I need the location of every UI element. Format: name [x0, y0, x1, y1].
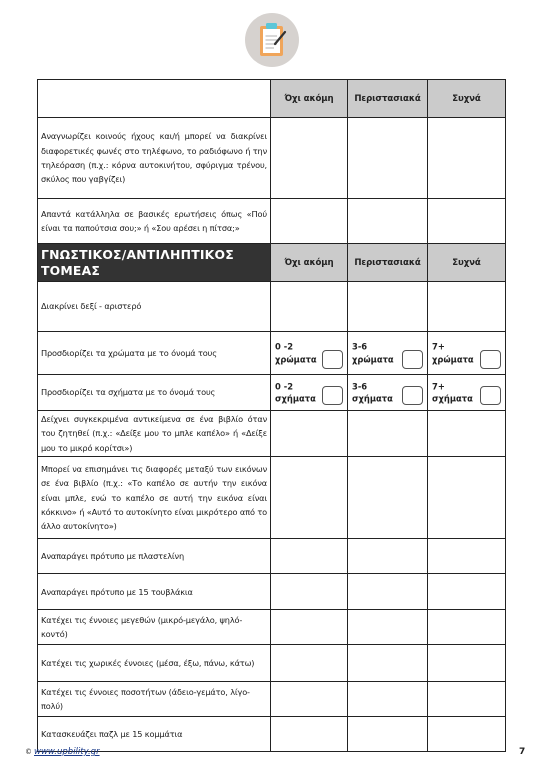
col-header-not-yet: Όχι ακόμη — [271, 244, 348, 282]
col-header-occasionally: Περιστασιακά — [348, 244, 428, 282]
table-row: Μπορεί να επισημάνει τις διαφορές μεταξύ… — [38, 457, 506, 539]
skill-description: Κατέχει τις χωρικές έννοιες (μέσα, έξω, … — [38, 645, 271, 682]
cell-occasionally[interactable] — [348, 118, 428, 199]
cell-occasionally[interactable] — [348, 282, 428, 332]
table-row: Προσδιορίζει τα χρώματα με το όνομά τους… — [38, 332, 506, 375]
skill-description: Μπορεί να επισημάνει τις διαφορές μεταξύ… — [38, 457, 271, 539]
cell-not-yet[interactable] — [271, 539, 348, 574]
skill-description: Διακρίνει δεξί - αριστερό — [38, 282, 271, 332]
cell-often[interactable] — [428, 574, 506, 610]
cell-not-yet[interactable] — [271, 457, 348, 539]
option-label: 7+σχήματα — [432, 380, 473, 405]
table-row: Προσδιορίζει τα σχήματα με το όνομά τους… — [38, 375, 506, 411]
copyright-symbol: © — [25, 748, 32, 756]
option-cell: 3-6χρώματα — [348, 332, 428, 375]
skill-description: Δείχνει συγκεκριμένα αντικείμενα σε ένα … — [38, 411, 271, 457]
option-cell: 0 -2σχήματα — [271, 375, 348, 411]
cell-often[interactable] — [428, 539, 506, 574]
section-header-row: ΓΝΩΣΤΙΚΟΣ/ΑΝΤΙΛΗΠΤΙΚΟΣ ΤΟΜΕΑΣ Όχι ακόμη … — [38, 244, 506, 282]
cell-often[interactable] — [428, 610, 506, 645]
checkbox[interactable] — [322, 386, 343, 405]
cell-often[interactable] — [428, 457, 506, 539]
cell-occasionally[interactable] — [348, 610, 428, 645]
skill-description: Απαντά κατάλληλα σε βασικές ερωτήσεις όπ… — [38, 199, 271, 244]
table-row: Κατέχει τις έννοιες μεγεθών (μικρό-μεγάλ… — [38, 610, 506, 645]
cell-occasionally[interactable] — [348, 574, 428, 610]
website-link[interactable]: www.upbility.gr — [34, 747, 100, 757]
skill-description: Κατέχει τις έννοιες ποσοτήτων (άδειο-γεμ… — [38, 682, 271, 717]
cell-not-yet[interactable] — [271, 282, 348, 332]
skill-description: Αναπαράγει πρότυπο με πλαστελίνη — [38, 539, 271, 574]
col-header-occasionally: Περιστασιακά — [348, 80, 428, 118]
col-header-often: Συχνά — [428, 244, 506, 282]
cell-not-yet[interactable] — [271, 118, 348, 199]
table-row: Κατασκευάζει παζλ με 15 κομμάτια — [38, 717, 506, 752]
checkbox[interactable] — [480, 386, 501, 405]
footer-copyright: ©www.upbility.gr — [25, 747, 100, 757]
cell-not-yet[interactable] — [271, 574, 348, 610]
option-label: 0 -2χρώματα — [275, 341, 317, 366]
cell-not-yet[interactable] — [271, 411, 348, 457]
col-header-not-yet: Όχι ακόμη — [271, 80, 348, 118]
option-label: 7+χρώματα — [432, 341, 474, 366]
cell-occasionally[interactable] — [348, 411, 428, 457]
table-row: Αναγνωρίζει κοινούς ήχους και/ή μπορεί ν… — [38, 118, 506, 199]
checkbox[interactable] — [402, 350, 423, 369]
clipboard-pen-icon — [245, 13, 299, 67]
header-row: Όχι ακόμη Περιστασιακά Συχνά — [38, 80, 506, 118]
checkbox[interactable] — [322, 350, 343, 369]
skill-description: Προσδιορίζει τα χρώματα με το όνομά τους — [38, 332, 271, 375]
cell-occasionally[interactable] — [348, 717, 428, 752]
page-number: 7 — [519, 747, 525, 757]
cell-not-yet[interactable] — [271, 610, 348, 645]
cell-not-yet[interactable] — [271, 199, 348, 244]
blank-header-cell — [38, 80, 271, 118]
cell-often[interactable] — [428, 411, 506, 457]
cell-often[interactable] — [428, 682, 506, 717]
option-cell: 3-6σχήματα — [348, 375, 428, 411]
cell-often[interactable] — [428, 645, 506, 682]
cell-not-yet[interactable] — [271, 682, 348, 717]
skill-description: Αναπαράγει πρότυπο με 15 τουβλάκια — [38, 574, 271, 610]
cell-occasionally[interactable] — [348, 645, 428, 682]
table-row: Αναπαράγει πρότυπο με πλαστελίνη — [38, 539, 506, 574]
option-cell: 7+χρώματα — [428, 332, 506, 375]
cell-often[interactable] — [428, 282, 506, 332]
cell-occasionally[interactable] — [348, 682, 428, 717]
option-label: 0 -2σχήματα — [275, 380, 316, 405]
clipboard-logo — [245, 13, 299, 67]
option-cell: 0 -2χρώματα — [271, 332, 348, 375]
table-row: Κατέχει τις έννοιες ποσοτήτων (άδειο-γεμ… — [38, 682, 506, 717]
table-row: Δείχνει συγκεκριμένα αντικείμενα σε ένα … — [38, 411, 506, 457]
option-label: 3-6χρώματα — [352, 341, 394, 366]
table-row: Διακρίνει δεξί - αριστερό — [38, 282, 506, 332]
table-row: Απαντά κατάλληλα σε βασικές ερωτήσεις όπ… — [38, 199, 506, 244]
skill-description: Αναγνωρίζει κοινούς ήχους και/ή μπορεί ν… — [38, 118, 271, 199]
cell-not-yet[interactable] — [271, 645, 348, 682]
cell-often[interactable] — [428, 199, 506, 244]
table-row: Αναπαράγει πρότυπο με 15 τουβλάκια — [38, 574, 506, 610]
checkbox[interactable] — [402, 386, 423, 405]
cell-often[interactable] — [428, 717, 506, 752]
skill-description: Προσδιορίζει τα σχήματα με το όνομά τους — [38, 375, 271, 411]
cell-often[interactable] — [428, 118, 506, 199]
col-header-often: Συχνά — [428, 80, 506, 118]
section-title: ΓΝΩΣΤΙΚΟΣ/ΑΝΤΙΛΗΠΤΙΚΟΣ ΤΟΜΕΑΣ — [38, 244, 271, 282]
table-row: Κατέχει τις χωρικές έννοιες (μέσα, έξω, … — [38, 645, 506, 682]
checkbox[interactable] — [480, 350, 501, 369]
cell-occasionally[interactable] — [348, 199, 428, 244]
checklist-table: Όχι ακόμη Περιστασιακά Συχνά Αναγνωρίζει… — [37, 79, 506, 752]
skill-description: Κατέχει τις έννοιες μεγεθών (μικρό-μεγάλ… — [38, 610, 271, 645]
cell-occasionally[interactable] — [348, 539, 428, 574]
cell-not-yet[interactable] — [271, 717, 348, 752]
option-label: 3-6σχήματα — [352, 380, 393, 405]
option-cell: 7+σχήματα — [428, 375, 506, 411]
cell-occasionally[interactable] — [348, 457, 428, 539]
